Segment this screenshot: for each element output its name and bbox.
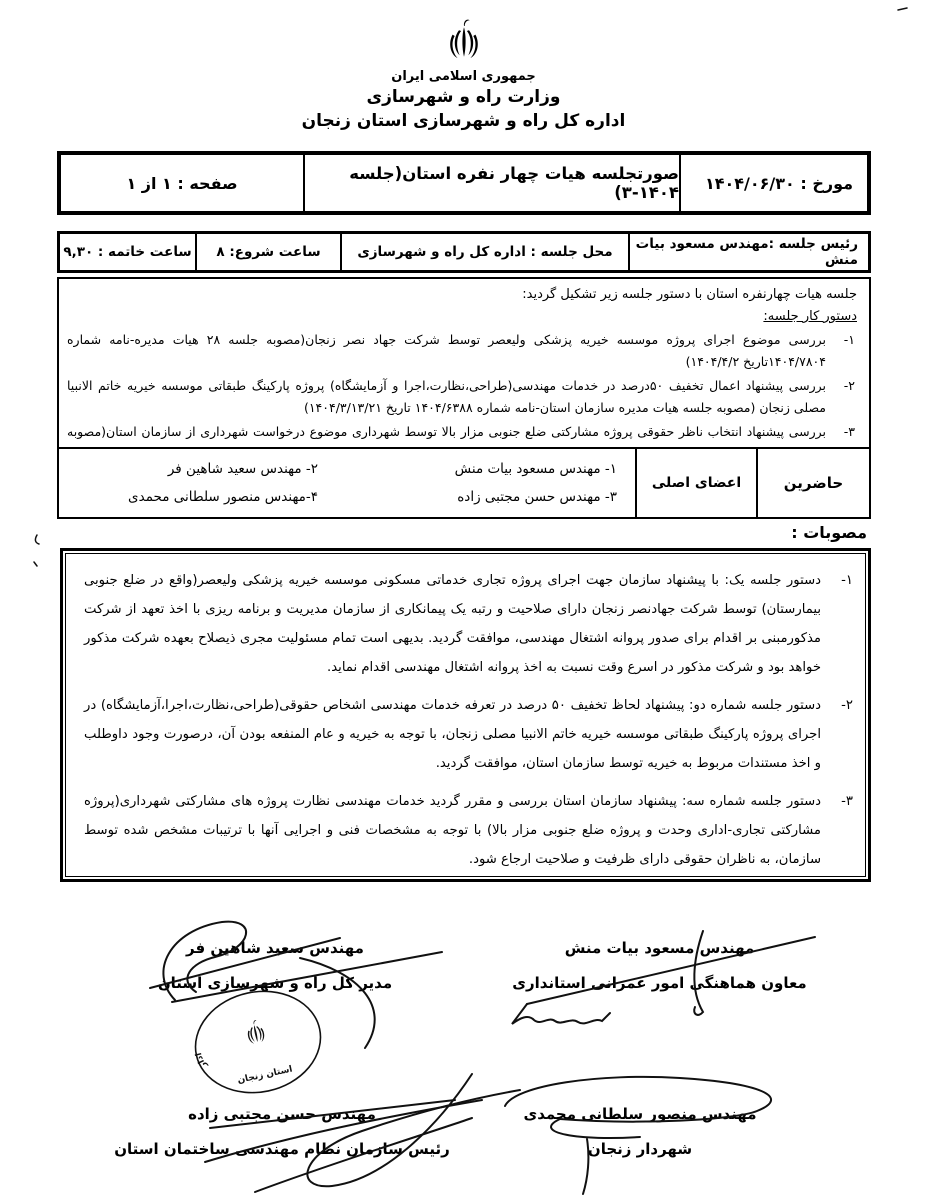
meeting-bar: رئیس جلسه :مهندس مسعود بیات منش محل جلسه… — [57, 231, 871, 273]
resolutions-box: ۱- دستور جلسه یک: با پیشنهاد سازمان جهت … — [60, 548, 871, 882]
signature-block-bayat-manesh: مهندس مسعود بیات منش معاون هماهنگی امور … — [487, 931, 832, 1002]
resolution-text: دستور جلسه شماره دو: پیشنهاد لحاظ تخفیف … — [84, 691, 821, 778]
attendee-name: ۱- مهندس مسعود بیات منش — [364, 461, 617, 477]
agenda-item-text: بررسی موضوع اجرای پروژه موسسه خیریه پزشک… — [67, 329, 826, 373]
attendees-table: حاضرین اعضای اصلی ۱- مهندس مسعود بیات من… — [59, 447, 869, 517]
meeting-date: مورخ : ۱۴۰۴/۰۶/۳۰ — [681, 155, 867, 211]
document-page: جمهوری اسلامی ایران وزارت راه و شهرسازی … — [0, 0, 927, 1200]
resolution-item: ۲- دستور جلسه شماره دو: پیشنهاد لحاظ تخف… — [84, 691, 853, 778]
attendee-name: ۳- مهندس حسن مجتبی زاده — [364, 489, 617, 505]
document-title: صورتجلسه هیات چهار نفره استان(جلسه ۱۴۰۴-… — [303, 155, 681, 211]
meeting-chairman: رئیس جلسه :مهندس مسعود بیات منش — [630, 234, 868, 270]
attendees-names: ۱- مهندس مسعود بیات منش ۳- مهندس حسن مجت… — [59, 449, 635, 517]
agenda-item: ۲- بررسی پیشنهاد اعمال تخفیف ۵۰درصد در خ… — [67, 375, 855, 419]
header-country: جمهوری اسلامی ایران — [0, 69, 927, 84]
agenda-list: ۱- بررسی موضوع اجرای پروژه موسسه خیریه پ… — [59, 324, 869, 464]
meeting-intro: جلسه هیات چهارنفره استان با دستور جلسه ز… — [59, 279, 869, 302]
signer-title: رئیس سازمان نظام مهندسی ساختمان استان — [92, 1132, 472, 1167]
agenda-item: ۱- بررسی موضوع اجرای پروژه موسسه خیریه پ… — [67, 329, 855, 373]
attendees-label: حاضرین — [756, 449, 869, 517]
agenda-heading: دستور کار جلسه: — [763, 309, 857, 324]
resolution-item: ۱- دستور جلسه یک: با پیشنهاد سازمان جهت … — [84, 566, 853, 682]
agenda-box: جلسه هیات چهارنفره استان با دستور جلسه ز… — [57, 277, 871, 519]
resolutions-list: ۱- دستور جلسه یک: با پیشنهاد سازمان جهت … — [65, 553, 866, 877]
signature-block-soltani-mohammadi: مهندس منصور سلطانی محمدی شهردار زنجان — [480, 1097, 800, 1168]
signer-name: مهندس حسن مجتبی زاده — [92, 1097, 472, 1132]
signer-title: مدیر کل راه و شهرسازی استان — [105, 966, 445, 1001]
signer-title: معاون هماهنگی امور عمرانی استانداری — [487, 966, 832, 1001]
agenda-item-number: ۱- — [835, 329, 855, 373]
attendees-column-2: ۲- مهندس سعید شاهین فر ۴-مهندس منصور سلط… — [63, 455, 364, 511]
attendee-name: ۲- مهندس سعید شاهین فر — [63, 461, 318, 477]
resolution-number: ۳- — [831, 787, 853, 874]
resolutions-heading: مصوبات : — [791, 523, 867, 542]
info-bar: مورخ : ۱۴۰۴/۰۶/۳۰ صورتجلسه هیات چهار نفر… — [57, 151, 871, 215]
attendees-column-1: ۱- مهندس مسعود بیات منش ۳- مهندس حسن مجت… — [364, 455, 631, 511]
stamp-province-text: استان زنجان — [237, 1065, 294, 1086]
resolution-number: ۱- — [831, 566, 853, 682]
resolution-text: دستور جلسه یک: با پیشنهاد سازمان جهت اجر… — [84, 566, 821, 682]
meeting-location: محل جلسه : اداره کل راه و شهرسازی — [340, 234, 630, 270]
iran-emblem-icon — [0, 16, 927, 66]
signer-name: مهندس منصور سلطانی محمدی — [480, 1097, 800, 1132]
signer-name: مهندس مسعود بیات منش — [487, 931, 832, 966]
signature-block-shahin-far: مهندس سعید شاهین فر مدیر کل راه و شهرساز… — [105, 931, 445, 1002]
resolution-text: دستور جلسه شماره سه: پیشنهاد سازمان استا… — [84, 787, 821, 874]
page-number: صفحه : ۱ از ۱ — [61, 155, 303, 211]
header-department: اداره کل راه و شهرسازی استان زنجان — [0, 111, 927, 131]
resolution-item: ۳- دستور جلسه شماره سه: پیشنهاد سازمان ا… — [84, 787, 853, 874]
signature-block-mojtabi-zadeh: مهندس حسن مجتبی زاده رئیس سازمان نظام مه… — [92, 1097, 472, 1168]
meeting-end-time: ساعت خاتمه : ۹,۳۰ — [60, 234, 195, 270]
header-ministry: وزارت راه و شهرسازی — [0, 87, 927, 107]
agenda-item-text: بررسی پیشنهاد اعمال تخفیف ۵۰درصد در خدما… — [67, 375, 826, 419]
meeting-start-time: ساعت شروع: ۸ — [195, 234, 340, 270]
resolution-number: ۲- — [831, 691, 853, 778]
agenda-item-number: ۲- — [835, 375, 855, 419]
main-members-label: اعضای اصلی — [635, 449, 756, 517]
signer-title: شهردار زنجان — [480, 1132, 800, 1167]
signer-name: مهندس سعید شاهین فر — [105, 931, 445, 966]
attendee-name: ۴-مهندس منصور سلطانی محمدی — [63, 489, 318, 505]
letterhead: جمهوری اسلامی ایران وزارت راه و شهرسازی … — [0, 16, 927, 131]
